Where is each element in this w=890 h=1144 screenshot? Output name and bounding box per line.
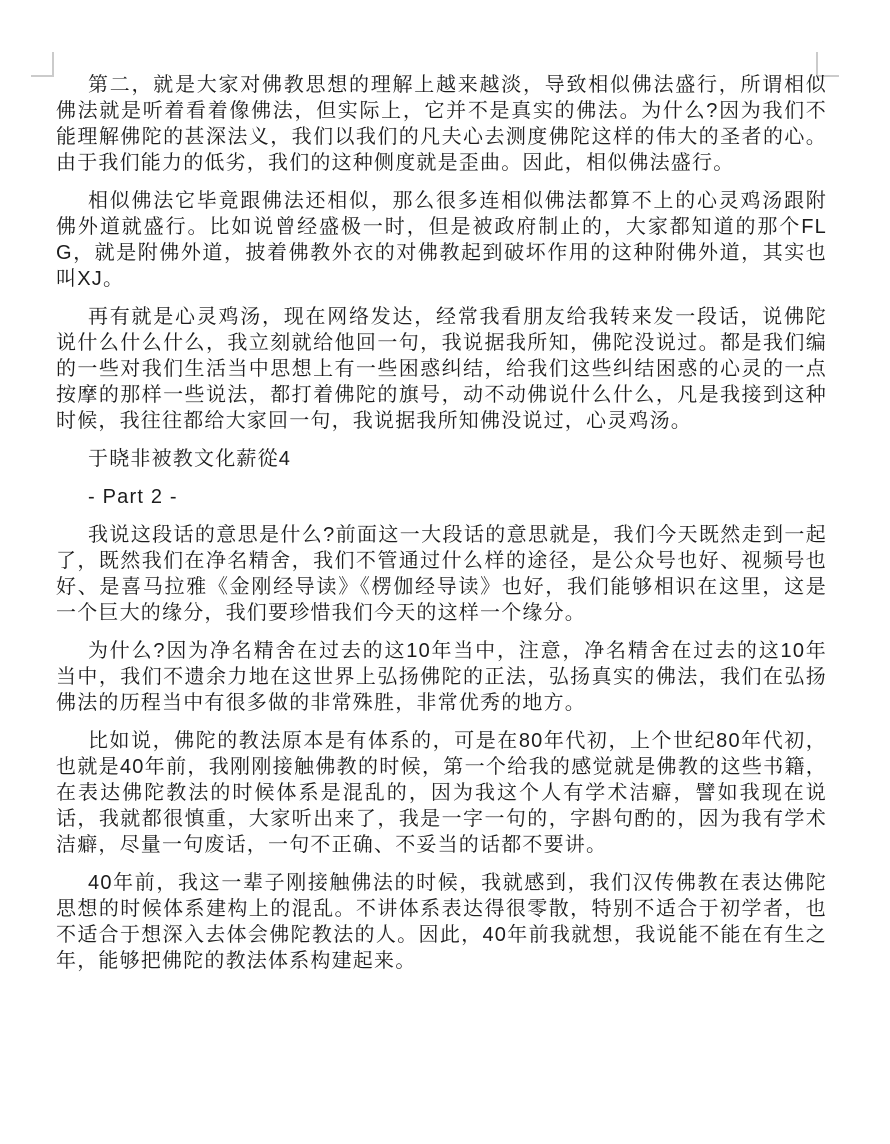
paragraph: 相似佛法它毕竟跟佛法还相似，那么很多连相似佛法都算不上的心灵鸡汤跟附佛外道就盛行… xyxy=(56,188,827,292)
document-page[interactable]: 第二，就是大家对佛教思想的理解上越来越淡，导致相似佛法盛行，所谓相似佛法就是听着… xyxy=(0,0,890,1144)
paragraph: 比如说，佛陀的教法原本是有体系的，可是在80年代初，上个世纪80年代初，也就是4… xyxy=(56,728,827,858)
paragraph: 再有就是心灵鸡汤，现在网络发达，经常我看朋友给我转来发一段话，说佛陀说什么什么什… xyxy=(56,304,827,434)
paragraph: 我说这段话的意思是什么?前面这一大段话的意思就是，我们今天既然走到一起了，既然我… xyxy=(56,522,827,626)
paragraph: 为什么?因为净名精舍在过去的这10年当中，注意，净名精舍在过去的这10年当中，我… xyxy=(56,638,827,716)
paragraph: 40年前，我这一辈子刚接触佛法的时候，我就感到，我们汉传佛教在表达佛陀思想的时候… xyxy=(56,870,827,974)
paragraph: 第二，就是大家对佛教思想的理解上越来越淡，导致相似佛法盛行，所谓相似佛法就是听着… xyxy=(56,72,827,176)
series-title: 于晓非被教文化薪從4 xyxy=(56,446,827,472)
part-heading: - Part 2 - xyxy=(56,484,827,510)
document-body: 第二，就是大家对佛教思想的理解上越来越淡，导致相似佛法盛行，所谓相似佛法就是听着… xyxy=(56,72,827,986)
margin-cropmark-top-left xyxy=(31,52,54,77)
